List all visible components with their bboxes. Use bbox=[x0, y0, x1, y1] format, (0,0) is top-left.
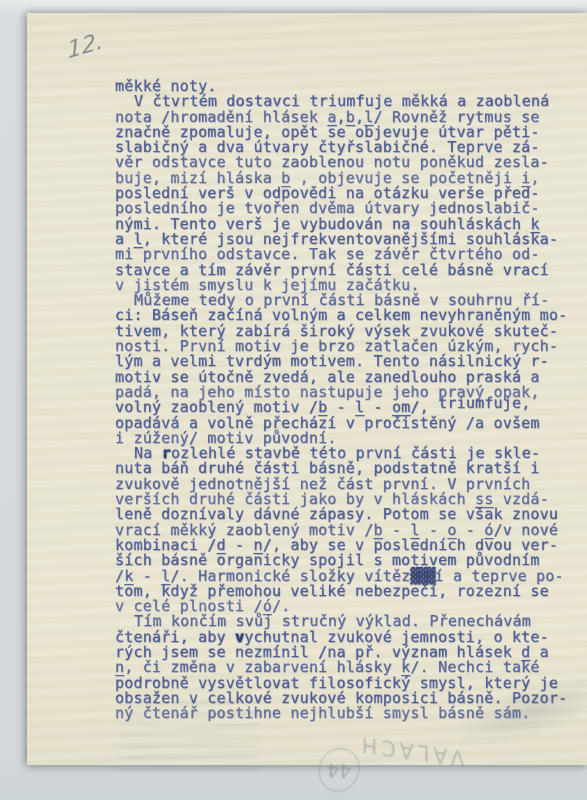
text-line: n, či změna v zabarvení hlásky k/. Nechc… bbox=[115, 660, 575, 675]
handwritten-page-number: 12. bbox=[67, 28, 104, 65]
handwritten-signature: VALACH bbox=[355, 731, 466, 771]
text-line: Tím končím svůj stručný výklad. Přenechá… bbox=[115, 614, 575, 629]
handwritten-circled-number: 44 bbox=[314, 744, 363, 796]
text-line: vrací měkký zaoblený motiv /b - l - o - … bbox=[115, 523, 575, 538]
text-line: mi prvního odstavce. Tak se závěr čtvrté… bbox=[115, 247, 575, 262]
text-line: verších druhé části jako by v hláskách s… bbox=[115, 492, 575, 507]
text-line: Můžeme tedy o první části básně v souhrn… bbox=[115, 293, 575, 308]
text-line: nosti. První motiv je brzo zatlačen úzký… bbox=[115, 339, 575, 354]
ink-ghost-smudge bbox=[119, 701, 259, 777]
text-line: posledního je tvořen dvěma útvary jednos… bbox=[115, 201, 575, 216]
text-line: i zúžený/ motiv původní. bbox=[115, 431, 575, 446]
text-line: buje, mizí hláska b , objevuje se početn… bbox=[115, 171, 575, 186]
circled-number-text: 44 bbox=[327, 759, 352, 782]
typewritten-text: měkké noty.V čtvrtém dostavci triumfuje … bbox=[115, 79, 575, 721]
text-line: /k - l/. Harmonické složky vítěz▓▓▓í a t… bbox=[115, 569, 575, 584]
scanned-paper-sheet: 12. měkké noty.V čtvrtém dostavci triumf… bbox=[27, 13, 587, 765]
text-line: nota /hromadění hlásek a,b,l/ Rovněž ryt… bbox=[115, 110, 575, 125]
